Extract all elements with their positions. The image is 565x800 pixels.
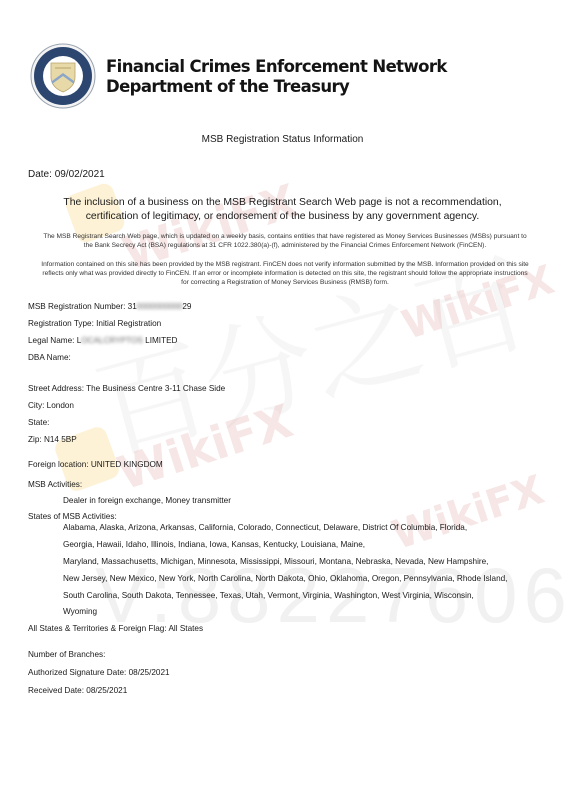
states-line: New Jersey, New Mexico, New York, North …: [63, 574, 507, 583]
fincen-seal-icon: [30, 43, 96, 109]
disclaimer-main: The inclusion of a business on the MSB R…: [50, 196, 515, 223]
states-line: Wyoming: [63, 607, 97, 616]
number-of-branches: Number of Branches:: [28, 650, 105, 659]
watermark-brand: WikiFX: [111, 394, 299, 501]
states-line: Maryland, Massachusetts, Michigan, Minne…: [63, 557, 488, 566]
watermark-brand: WikiFX: [387, 467, 550, 559]
foreign-location: Foreign location: UNITED KINGDOM: [28, 460, 163, 469]
date-label: Date:: [28, 169, 52, 180]
watermark-cjk: 百分之百: [77, 216, 543, 482]
org-name: Financial Crimes Enforcement Network: [106, 57, 447, 77]
redacted-legal-name: OCALCRYPTOS: [81, 336, 143, 345]
city: City: London: [28, 401, 74, 410]
disclaimer-information: Information contained on this site has b…: [40, 260, 530, 287]
registration-type: Registration Type: Initial Registration: [28, 319, 161, 328]
states-line: Georgia, Hawaii, Idaho, Illinois, Indian…: [63, 540, 365, 549]
page-header: Financial Crimes Enforcement Network Dep…: [30, 40, 447, 112]
state: State:: [28, 418, 49, 427]
registration-number: MSB Registration Number: 31000000000029: [28, 302, 191, 311]
states-label: States of MSB Activities:: [28, 512, 117, 521]
states-line: South Carolina, South Dakota, Tennessee,…: [63, 591, 474, 600]
authorized-signature-date: Authorized Signature Date: 08/25/2021: [28, 668, 170, 677]
msb-activities-value: Dealer in foreign exchange, Money transm…: [63, 496, 231, 505]
department-name: Department of the Treasury: [106, 77, 447, 97]
page-title: MSB Registration Status Information: [0, 134, 565, 145]
received-date: Received Date: 08/25/2021: [28, 686, 127, 695]
msb-activities-label: MSB Activities:: [28, 480, 82, 489]
zip: Zip: N14 5BP: [28, 435, 77, 444]
report-date: Date: 09/02/2021: [28, 169, 105, 180]
date-value: 09/02/2021: [55, 169, 105, 180]
disclaimer-registrant-search: The MSB Registrant Search Web page, whic…: [40, 232, 530, 250]
states-line: Alabama, Alaska, Arizona, Arkansas, Cali…: [63, 523, 467, 532]
all-states: All States & Territories & Foreign Flag:…: [28, 624, 203, 633]
legal-name: Legal Name: LOCALCRYPTOS LIMITED: [28, 336, 177, 345]
dba-name: DBA Name:: [28, 353, 71, 362]
street-address: Street Address: The Business Centre 3-11…: [28, 384, 225, 393]
redacted-registration-number: 0000000000: [137, 302, 183, 311]
